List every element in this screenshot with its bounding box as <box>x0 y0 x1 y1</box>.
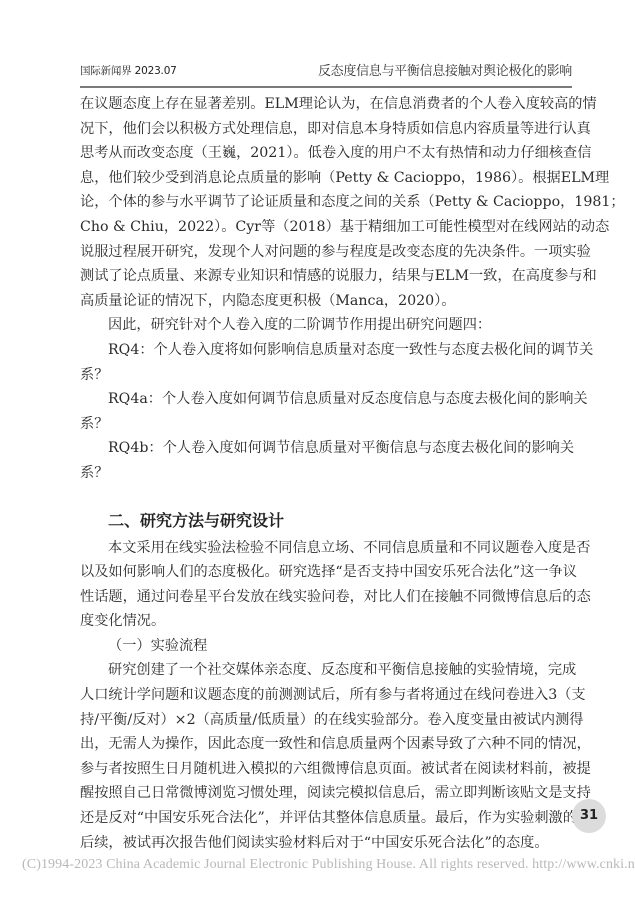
section-heading: 二、研究方法与研究设计 <box>80 506 574 536</box>
running-header: 国际新闻界 2023.07 反态度信息与平衡信息接触对舆论极化的影响 <box>80 60 572 80</box>
text-line: 系？ <box>80 363 574 388</box>
journal-issue: 国际新闻界 2023.07 <box>80 63 177 78</box>
text-line: 参与者按照生日月随机进入模拟的六组微博信息页面。被试者在阅读材料前，被提 <box>80 757 574 782</box>
text-line: 研究创建了一个社交媒体亲态度、反态度和平衡信息接触的实验情境，完成 <box>80 658 574 683</box>
text-line: 况下，他们会以积极方式处理信息，即对信息本身特质如信息内容质量等进行认真 <box>80 117 574 142</box>
article-running-title: 反态度信息与平衡信息接触对舆论极化的影响 <box>318 60 572 79</box>
text-line: 系？ <box>80 461 574 486</box>
text-line: 醒按照自己日常微博浏览习惯处理，阅读完模拟信息后，需立即判断该贴文是支持 <box>80 781 574 806</box>
article-body: 在议题态度上存在显著差别。ELM理论认为，在信息消费者的个人卷入度较高的情 况下… <box>80 92 574 855</box>
text-line: 以及如何影响人们的态度极化。研究选择“是否支持中国安乐死合法化”这一争议 <box>80 560 574 585</box>
spacer <box>80 486 574 506</box>
text-line: RQ4：个人卷入度将如何影响信息质量对态度一致性与态度去极化间的调节关 <box>80 338 574 363</box>
research-question-rq4b: RQ4b：个人卷入度如何调节信息质量对平衡信息与态度去极化间的影响关 系？ <box>80 436 574 485</box>
text-line: 人口统计学问题和议题态度的前测测试后，所有参与者将通过在线问卷进入3（支 <box>80 683 574 708</box>
paragraph-procedure: 研究创建了一个社交媒体亲态度、反态度和平衡信息接触的实验情境，完成 人口统计学问… <box>80 658 574 855</box>
text-line: 说服过程展开研究，发现个人对问题的参与程度是改变态度的先决条件。一项实验 <box>80 240 574 265</box>
paragraph-elm-theory: 在议题态度上存在显著差别。ELM理论认为，在信息消费者的个人卷入度较高的情 况下… <box>80 92 574 313</box>
header-divider <box>80 86 572 88</box>
text-line: 性话题，通过问卷星平台发放在线实验问卷，对比人们在接触不同微博信息后的态 <box>80 585 574 610</box>
text-line: RQ4a：个人卷入度如何调节信息质量对反态度信息与态度去极化间的影响关 <box>80 387 574 412</box>
text-line: 息，他们较少受到消息论点质量的影响（Petty & Cacioppo，1986）… <box>80 166 574 191</box>
text-line: 后续，被试再次报告他们阅读实验材料后对于“中国安乐死合法化”的态度。 <box>80 831 574 856</box>
paragraph-rq-intro: 因此，研究针对个人卷入度的二阶调节作用提出研究问题四： <box>80 313 574 338</box>
text-line: 思考从而改变态度（王巍，2021）。低卷入度的用户不太有热情和动力仔细核查信 <box>80 141 574 166</box>
text-line: 测试了论点质量、来源专业知识和情感的说服力，结果与ELM一致，在高度参与和 <box>80 264 574 289</box>
copyright-footer: (C)1994-2023 China Academic Journal Elec… <box>22 857 635 873</box>
text-line: 度变化情况。 <box>80 609 574 634</box>
text-line: 高质量论证的情况下，内隐态度更积极（Manca，2020）。 <box>80 289 574 314</box>
text-line: 出，无需人为操作，因此态度一致性和信息质量两个因素导致了六种不同的情况， <box>80 732 574 757</box>
text-line: 在议题态度上存在显著差别。ELM理论认为，在信息消费者的个人卷入度较高的情 <box>80 92 574 117</box>
research-question-rq4: RQ4：个人卷入度将如何影响信息质量对态度一致性与态度去极化间的调节关 系？ <box>80 338 574 387</box>
research-question-rq4a: RQ4a：个人卷入度如何调节信息质量对反态度信息与态度去极化间的影响关 系？ <box>80 387 574 436</box>
text-line: RQ4b：个人卷入度如何调节信息质量对平衡信息与态度去极化间的影响关 <box>80 436 574 461</box>
text-line: 持/平衡/反对）×2（高质量/低质量）的在线实验部分。卷入度变量由被试内测得 <box>80 708 574 733</box>
text-line: 还是反对“中国安乐死合法化”，并评估其整体信息质量。最后，作为实验刺激的 <box>80 806 574 831</box>
text-line: 系？ <box>80 412 574 437</box>
paragraph-method: 本文采用在线实验法检验不同信息立场、不同信息质量和不同议题卷入度是否 以及如何影… <box>80 536 574 634</box>
text-line: 论，个体的参与水平调节了论证质量和态度之间的关系（Petty & Caciopp… <box>80 190 574 215</box>
text-line: 本文采用在线实验法检验不同信息立场、不同信息质量和不同议题卷入度是否 <box>80 536 574 561</box>
text-line: Cho & Chiu，2022）。Cyr等（2018）基于精细加工可能性模型对在… <box>80 215 574 240</box>
page-number-badge: 31 <box>572 799 606 833</box>
subsection-heading: （一）实验流程 <box>80 634 574 659</box>
